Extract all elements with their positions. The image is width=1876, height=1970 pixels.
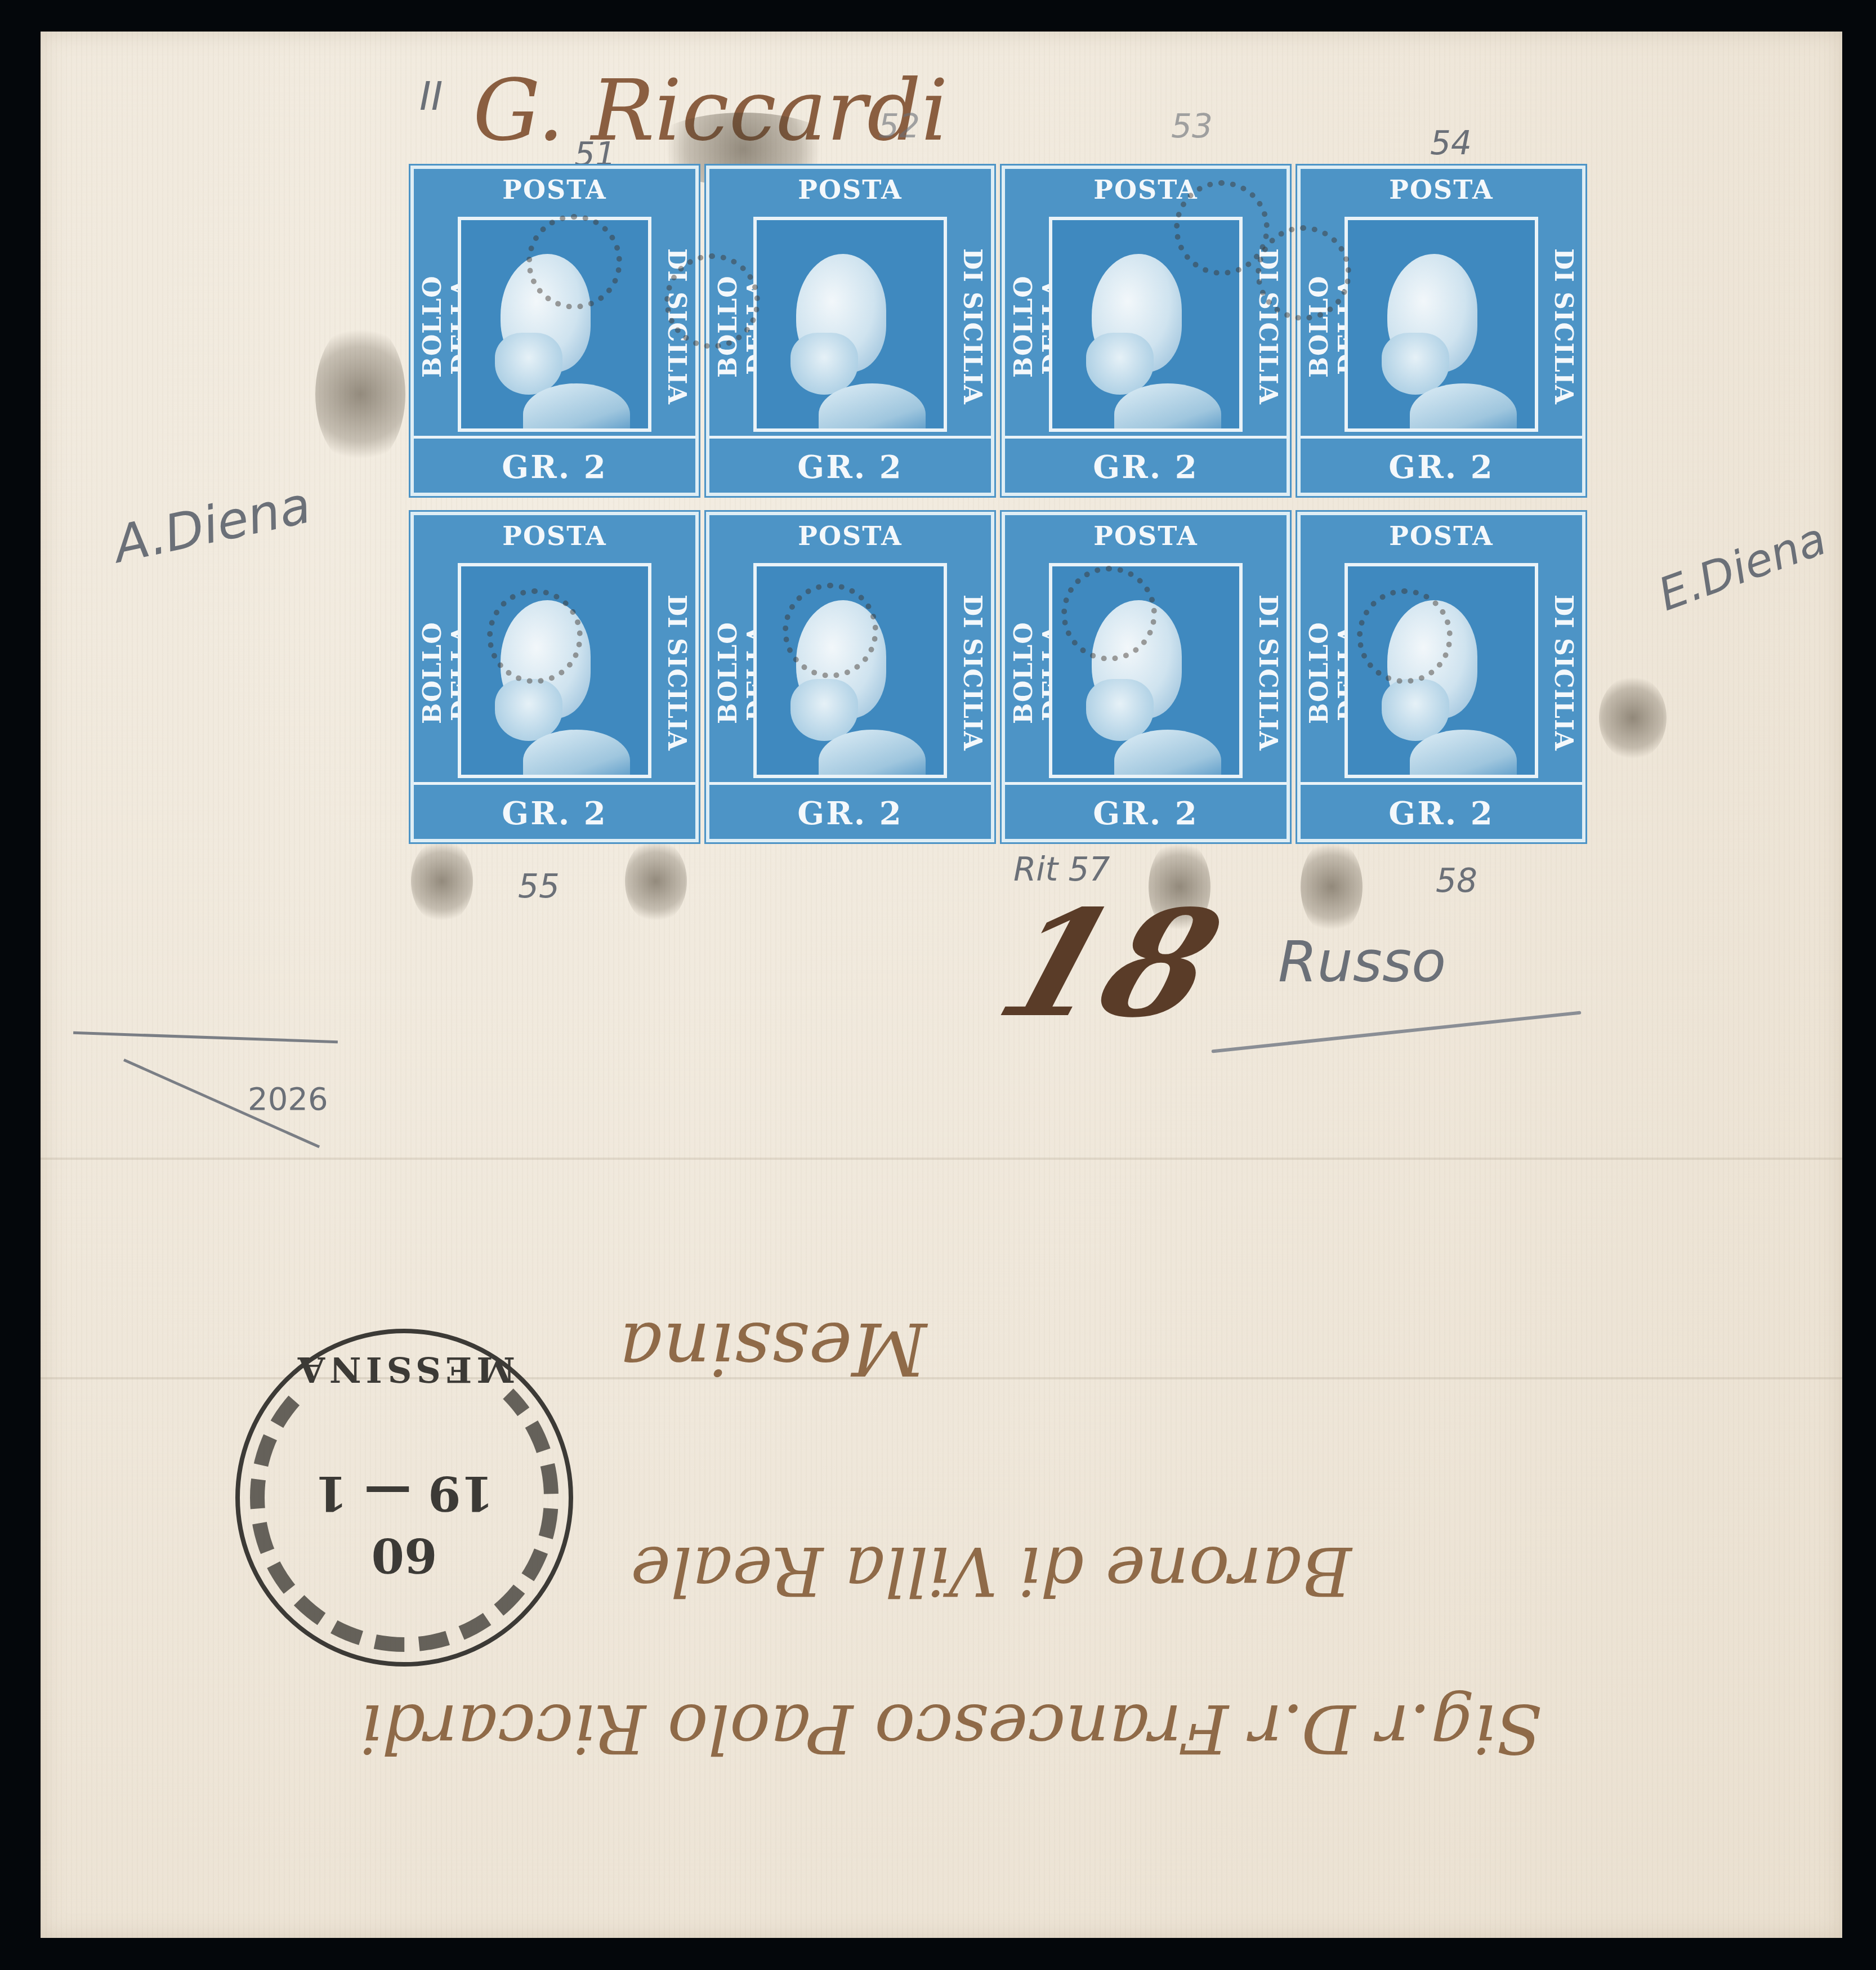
stamp-value: GR. 2 <box>709 795 991 832</box>
king-beard <box>1382 333 1449 395</box>
stamp: POSTA BOLLO DELLA DI SICILIA GR. 2 <box>709 169 991 493</box>
ornamental-cancel <box>664 253 760 349</box>
ornamental-cancel <box>526 214 622 310</box>
stamp-portrait-frame <box>753 217 947 432</box>
cancel-smudge <box>411 839 473 923</box>
stamp-divider <box>709 436 991 439</box>
stamp-divider <box>1005 436 1287 439</box>
stamp: POSTA BOLLO DELLA DI SICILIA GR. 2 <box>1005 515 1287 839</box>
stamp-left-label: BOLLO DELLA <box>418 569 454 777</box>
stamp-divider <box>414 782 695 785</box>
position-number-52: 52 <box>878 107 920 145</box>
address-title: Barone di Villa Reale <box>631 1531 1352 1610</box>
stamp-value: GR. 2 <box>1005 795 1287 832</box>
stamp: POSTA BOLLO DELLA DI SICILIA GR. 2 <box>709 515 991 839</box>
king-beard <box>1086 679 1154 741</box>
stamp: POSTA BOLLO DELLA DI SICILIA GR. 2 <box>1301 515 1582 839</box>
stamp-divider <box>1005 782 1287 785</box>
stamp: POSTA BOLLO DELLA DI SICILIA GR. 2 <box>1005 169 1287 493</box>
king-beard <box>1382 679 1449 741</box>
king-beard <box>495 333 562 395</box>
king-beard <box>495 679 562 741</box>
position-number-55: 55 <box>518 867 560 905</box>
stamp-top-label: POSTA <box>414 521 695 551</box>
pencil-reference-number: 2026 <box>248 1081 328 1118</box>
stamp-right-label: DI SICILIA <box>1542 569 1578 777</box>
address-city: Messina <box>619 1306 927 1392</box>
ornamental-cancel <box>783 583 878 678</box>
stamp-top-label: POSTA <box>709 175 991 205</box>
stamp-top-label: POSTA <box>709 521 991 551</box>
cancel-smudge <box>625 839 687 923</box>
ornamental-cancel <box>1061 566 1157 662</box>
king-beard <box>790 333 858 395</box>
stamp-top-label: POSTA <box>1301 521 1582 551</box>
stamp-left-label: BOLLO DELLA <box>1010 569 1046 777</box>
stamp-divider <box>414 436 695 439</box>
position-number-58: 58 <box>1436 861 1477 900</box>
position-number-53: 53 <box>1171 107 1213 145</box>
stamp: POSTA BOLLO DELLA DI SICILIA GR. 2 <box>414 169 695 493</box>
ornamental-cancel <box>1256 225 1351 321</box>
stamp-value: GR. 2 <box>1005 449 1287 486</box>
stamp-block: POSTA BOLLO DELLA DI SICILIA GR. 2 POSTA… <box>414 169 1585 839</box>
stamp-value: GR. 2 <box>709 449 991 486</box>
fold-line <box>41 1158 1842 1160</box>
stamp-value: GR. 2 <box>1301 449 1582 486</box>
stamp-top-label: POSTA <box>1005 521 1287 551</box>
stamp-top-label: POSTA <box>1301 175 1582 205</box>
stamp-left-label: BOLLO DELLA <box>1010 222 1046 431</box>
ornamental-cancel <box>1357 588 1453 684</box>
stamp-right-label: DI SICILIA <box>655 569 691 777</box>
stamp-left-label: BOLLO DELLA <box>714 569 750 777</box>
postmark-year: 60 <box>240 1527 569 1583</box>
cancel-smudge <box>1301 839 1363 935</box>
stamp-right-label: DI SICILIA <box>950 222 986 431</box>
roman-numeral-annotation: II <box>419 73 443 119</box>
stamp-left-label: BOLLO DELLA <box>418 222 454 431</box>
stamp-value: GR. 2 <box>414 795 695 832</box>
cancel-smudge <box>315 321 405 467</box>
position-number-51: 51 <box>574 135 616 173</box>
stamp-divider <box>1301 436 1582 439</box>
address-recipient: Sig.r D.r Francesco Paolo Riccardi <box>360 1689 1542 1767</box>
king-beard <box>1086 333 1154 395</box>
stamp-divider <box>1301 782 1582 785</box>
ornamental-cancel <box>487 588 583 684</box>
messina-postmark: 60 19 — 1 MESSINA <box>235 1329 573 1667</box>
stamp-right-label: DI SICILIA <box>1246 569 1282 777</box>
stamp: POSTA BOLLO DELLA DI SICILIA GR. 2 <box>1301 169 1582 493</box>
postmark-city: MESSINA <box>240 1349 569 1390</box>
postmark-date: 19 — 1 <box>240 1466 569 1521</box>
stamp-value: GR. 2 <box>414 449 695 486</box>
stamp-right-label: DI SICILIA <box>950 569 986 777</box>
ornamental-cancel <box>1174 180 1270 276</box>
stamp-right-label: DI SICILIA <box>1542 222 1578 431</box>
stamp-divider <box>709 782 991 785</box>
stamp-value: GR. 2 <box>1301 795 1582 832</box>
stamp-portrait-frame <box>1345 217 1538 432</box>
expert-signature-russo: Russo <box>1278 929 1446 995</box>
position-number-54: 54 <box>1430 124 1472 162</box>
stamp-top-label: POSTA <box>414 175 695 205</box>
king-beard <box>790 679 858 741</box>
cancel-smudge <box>1599 676 1667 760</box>
stamp-left-label: BOLLO DELLA <box>1305 569 1341 777</box>
stamp: POSTA BOLLO DELLA DI SICILIA GR. 2 <box>414 515 695 839</box>
